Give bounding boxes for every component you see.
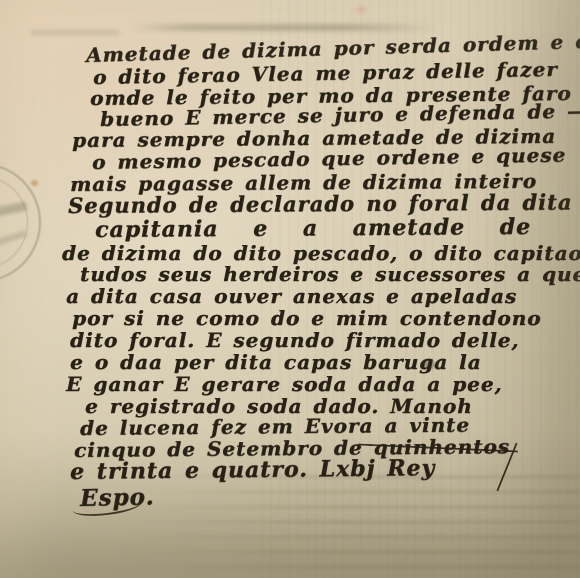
- foxing-spot: [31, 180, 38, 186]
- manuscript-line: Segundo de declarado no foral da dita: [68, 192, 572, 216]
- manuscript-line: tudos seus herdeiros e sucessores a que: [80, 264, 580, 284]
- paper-blemish: [356, 6, 366, 13]
- showthrough-band-top: [132, 24, 437, 31]
- manuscript-line: e trinta e quatro. Lxbj Rey: [70, 458, 435, 482]
- manuscript-line: E ganar E gerare soda dada a pee,: [66, 374, 502, 394]
- manuscript-line: o mesmo pescado que ordene e quese: [92, 145, 567, 172]
- manuscript-line: dito foral. E segundo firmado delle,: [70, 330, 519, 350]
- manuscript-photo: Ametade de dizima por serda ordem e cm o…: [0, 0, 580, 578]
- manuscript-line: por si ne como do e mim contendono: [72, 308, 541, 328]
- manuscript-line: capitania e a ametade de: [95, 217, 531, 240]
- manuscript-line: e o daa per dita capas baruga la: [70, 352, 482, 372]
- showthrough-band-top-left: [30, 30, 120, 35]
- manuscript-line: de dizima do dito pescado, o dito capita…: [62, 243, 580, 263]
- library-stamp-icon: [0, 152, 52, 293]
- manuscript-line: a dita casa ouver anexas e apeladas: [66, 286, 517, 306]
